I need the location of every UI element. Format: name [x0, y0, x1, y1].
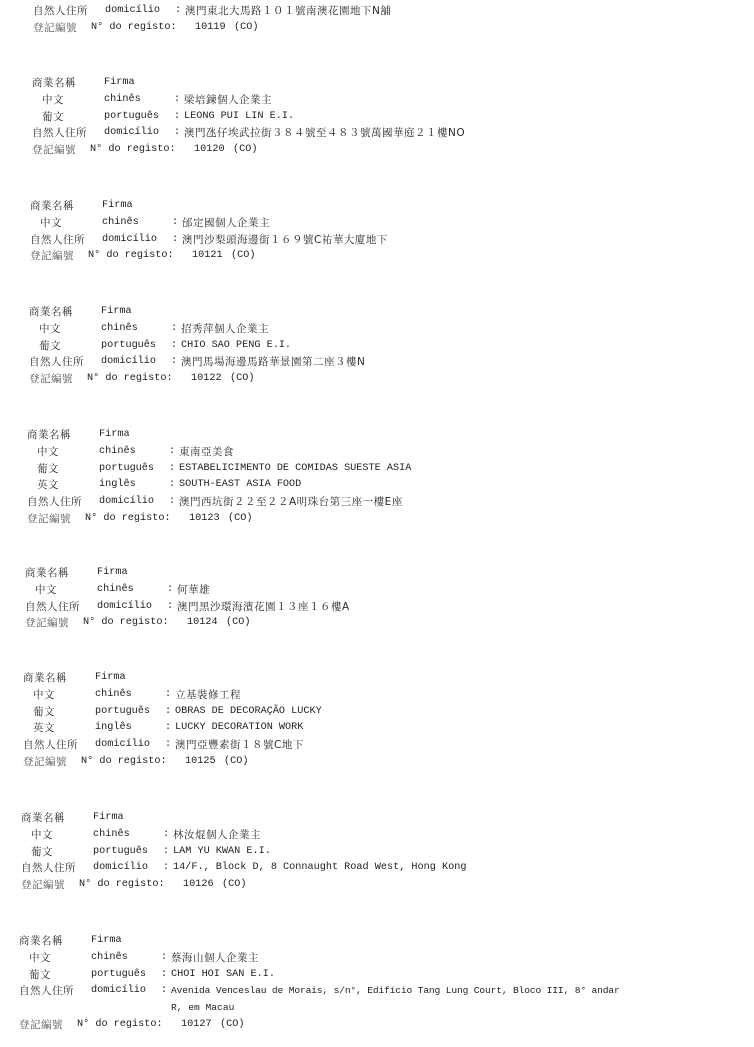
portugues-label-pt: português [91, 967, 146, 984]
domicilio-value: Avenida Venceslau de Morais, s/n°, Edifí… [171, 983, 620, 1000]
ingles-label-pt: inglês [95, 720, 132, 737]
registo-label-pt: N° do registo: [90, 142, 176, 159]
registo-label-zh: 登記編號 [25, 615, 69, 632]
colon: : [169, 477, 175, 494]
colon: : [169, 444, 175, 461]
chines-value: 梁培鍊個人企業主 [184, 92, 272, 109]
domicilio-value: 澳門沙梨頭海邊街１６９號C祐華大廈地下 [182, 232, 388, 249]
colon: : [163, 860, 169, 877]
portugues-label-zh: 葡文 [39, 338, 61, 355]
registry-page: 自然人住所 domicílio : 澳門東北大馬路１０１號南澳花園地下N舖 登記… [0, 0, 754, 1047]
domicilio-label-pt: domicílio [105, 3, 160, 20]
colon: : [163, 827, 169, 844]
chines-value: 林汝焜個人企業主 [173, 827, 261, 844]
portugues-value: CHOI HOI SAN E.I. [171, 967, 275, 984]
registo-number: 10120 [194, 142, 225, 159]
domicilio-value: 14/F., Block D, 8 Connaught Road West, H… [173, 860, 466, 877]
ingles-label-pt: inglês [99, 477, 136, 494]
domicilio-label-zh: 自然人住所 [21, 860, 76, 877]
chines-label-zh: 中文 [31, 827, 53, 844]
registo-label-pt: N° do registo: [87, 371, 173, 388]
colon: : [165, 737, 171, 754]
registo-tag: (CO) [234, 20, 258, 37]
portugues-label-pt: português [93, 844, 148, 861]
domicilio-label-zh: 自然人住所 [29, 354, 84, 371]
portugues-label-pt: português [104, 109, 159, 126]
registo-number: 10124 [187, 615, 218, 632]
chines-label-zh: 中文 [35, 582, 57, 599]
colon: : [161, 950, 167, 967]
chines-label-pt: chinês [101, 321, 138, 338]
colon: : [161, 967, 167, 984]
firma-label-zh: 商業名稱 [32, 75, 76, 92]
domicilio-value: 澳門西坑街２２至２２A明珠台第三座一樓E座 [179, 494, 403, 511]
registo-label-pt: N° do registo: [79, 877, 165, 894]
firma-label-pt: Firma [91, 933, 122, 950]
registo-number: 10119 [195, 20, 226, 37]
registo-tag: (CO) [224, 754, 248, 771]
firma-label-zh: 商業名稱 [23, 670, 67, 687]
registo-label-zh: 登記編號 [19, 1017, 63, 1034]
domicilio-value-continuation: R, em Macau [171, 1000, 234, 1017]
registo-label-pt: N° do registo: [81, 754, 167, 771]
colon: : [161, 983, 167, 1000]
ingles-value: SOUTH-EAST ASIA FOOD [179, 477, 301, 494]
colon: : [167, 582, 173, 599]
domicilio-label-zh: 自然人住所 [33, 3, 88, 20]
ingles-label-zh: 英文 [37, 477, 59, 494]
portugues-value: CHIO SAO PENG E.I. [181, 338, 291, 355]
registo-label-zh: 登記編號 [27, 511, 71, 528]
registo-label-pt: N° do registo: [91, 20, 177, 37]
chines-label-zh: 中文 [33, 687, 55, 704]
chines-value: 邰定國個人企業主 [182, 215, 270, 232]
firma-label-pt: Firma [99, 427, 130, 444]
colon: : [163, 844, 169, 861]
portugues-label-pt: português [99, 461, 154, 478]
chines-label-pt: chinês [97, 582, 134, 599]
colon: : [174, 109, 180, 126]
chines-label-pt: chinês [102, 215, 139, 232]
firma-label-pt: Firma [95, 670, 126, 687]
domicilio-value: 澳門東北大馬路１０１號南澳花園地下N舖 [185, 3, 391, 20]
chines-label-zh: 中文 [37, 444, 59, 461]
domicilio-value: 澳門黑沙環海濱花園１３座１６樓A [177, 599, 350, 616]
domicilio-label-zh: 自然人住所 [23, 737, 78, 754]
registo-label-zh: 登記編號 [32, 142, 76, 159]
domicilio-label-pt: domicílio [91, 983, 146, 1000]
registo-tag: (CO) [220, 1017, 244, 1034]
registo-number: 10121 [192, 248, 223, 265]
chines-value: 招秀萍個人企業主 [181, 321, 269, 338]
registo-label-zh: 登記編號 [21, 877, 65, 894]
firma-label-pt: Firma [102, 198, 133, 215]
registo-number: 10122 [191, 371, 222, 388]
colon: : [171, 321, 177, 338]
portugues-value: ESTABELICIMENTO DE COMIDAS SUESTE ASIA [179, 461, 411, 478]
domicilio-label-zh: 自然人住所 [30, 232, 85, 249]
portugues-label-pt: português [101, 338, 156, 355]
registo-tag: (CO) [222, 877, 246, 894]
chines-value: 東南亞美食 [179, 444, 234, 461]
firma-label-zh: 商業名稱 [25, 565, 69, 582]
domicilio-label-pt: domicílio [93, 860, 148, 877]
domicilio-value: 澳門亞豐素街１８號C地下 [175, 737, 304, 754]
portugues-label-zh: 葡文 [31, 844, 53, 861]
domicilio-label-pt: domicílio [95, 737, 150, 754]
domicilio-label-pt: domicílio [101, 354, 156, 371]
colon: : [171, 354, 177, 371]
registo-number: 10125 [185, 754, 216, 771]
colon: : [165, 687, 171, 704]
colon: : [165, 720, 171, 737]
chines-label-pt: chinês [93, 827, 130, 844]
domicilio-label-zh: 自然人住所 [27, 494, 82, 511]
registo-label-pt: N° do registo: [77, 1017, 163, 1034]
registo-tag: (CO) [231, 248, 255, 265]
registo-label-pt: N° do registo: [83, 615, 169, 632]
chines-value: 蔡海山個人企業主 [171, 950, 259, 967]
registo-number: 10127 [181, 1017, 212, 1034]
domicilio-label-pt: domicílio [99, 494, 154, 511]
registo-number: 10123 [189, 511, 220, 528]
registo-tag: (CO) [233, 142, 257, 159]
portugues-label-zh: 葡文 [33, 704, 55, 721]
portugues-value: LEONG PUI LIN E.I. [184, 109, 294, 126]
firma-label-zh: 商業名稱 [29, 304, 73, 321]
firma-label-pt: Firma [101, 304, 132, 321]
registo-tag: (CO) [230, 371, 254, 388]
registo-label-pt: N° do registo: [88, 248, 174, 265]
portugues-label-zh: 葡文 [42, 109, 64, 126]
colon: : [171, 338, 177, 355]
colon: : [175, 3, 181, 20]
firma-label-pt: Firma [93, 810, 124, 827]
domicilio-label-zh: 自然人住所 [32, 125, 87, 142]
ingles-value: LUCKY DECORATION WORK [175, 720, 303, 737]
colon: : [172, 215, 178, 232]
domicilio-value: 澳門馬場海邊馬路華景園第二座３樓N [181, 354, 365, 371]
domicilio-label-pt: domicílio [102, 232, 157, 249]
colon: : [174, 92, 180, 109]
firma-label-zh: 商業名稱 [27, 427, 71, 444]
domicilio-label-pt: domicílio [97, 599, 152, 616]
colon: : [174, 125, 180, 142]
colon: : [172, 232, 178, 249]
domicilio-label-zh: 自然人住所 [19, 983, 74, 1000]
chines-value: 立基裝修工程 [175, 687, 241, 704]
firma-label-pt: Firma [104, 75, 135, 92]
colon: : [165, 704, 171, 721]
chines-label-zh: 中文 [42, 92, 64, 109]
registo-label-zh: 登記編號 [30, 248, 74, 265]
firma-label-zh: 商業名稱 [21, 810, 65, 827]
portugues-label-zh: 葡文 [29, 967, 51, 984]
chines-label-zh: 中文 [29, 950, 51, 967]
domicilio-value: 澳門氹仔埃武拉街３８４號至４８３號萬國華庭２１樓NO [184, 125, 465, 142]
chines-label-pt: chinês [95, 687, 132, 704]
registo-label-zh: 登記編號 [29, 371, 73, 388]
domicilio-label-pt: domicílio [104, 125, 159, 142]
firma-label-zh: 商業名稱 [30, 198, 74, 215]
domicilio-label-zh: 自然人住所 [25, 599, 80, 616]
chines-label-zh: 中文 [39, 321, 61, 338]
portugues-value: LAM YU KWAN E.I. [173, 844, 271, 861]
portugues-value: OBRAS DE DECORAÇÃO LUCKY [175, 704, 322, 721]
chines-label-zh: 中文 [40, 215, 62, 232]
chines-value: 何華雄 [177, 582, 210, 599]
colon: : [169, 461, 175, 478]
chines-label-pt: chinês [99, 444, 136, 461]
registo-tag: (CO) [228, 511, 252, 528]
firma-label-zh: 商業名稱 [19, 933, 63, 950]
registo-label-pt: N° do registo: [85, 511, 171, 528]
chines-label-pt: chinês [91, 950, 128, 967]
colon: : [167, 599, 173, 616]
registo-tag: (CO) [226, 615, 250, 632]
portugues-label-zh: 葡文 [37, 461, 59, 478]
firma-label-pt: Firma [97, 565, 128, 582]
registo-number: 10126 [183, 877, 214, 894]
registo-label-zh: 登記編號 [23, 754, 67, 771]
chines-label-pt: chinês [104, 92, 141, 109]
registo-label-zh: 登記編號 [33, 20, 77, 37]
ingles-label-zh: 英文 [33, 720, 55, 737]
colon: : [169, 494, 175, 511]
portugues-label-pt: português [95, 704, 150, 721]
